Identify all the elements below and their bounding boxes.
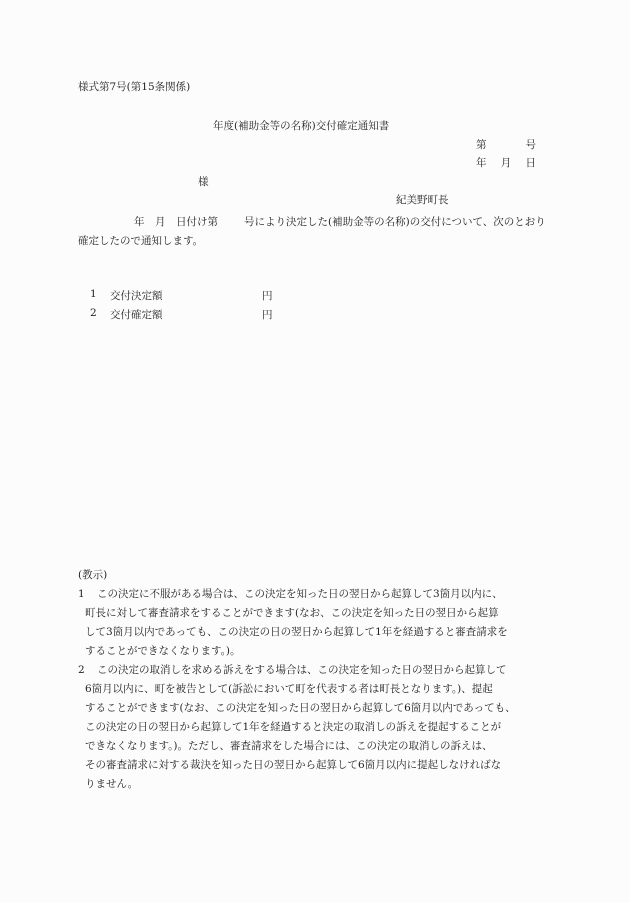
notice-line: その審査請求に対する裁決を知った日の翌日から起算して6箇月以内に提起しなければな [78, 756, 558, 775]
form-number: 様式第7号(第15条関係) [78, 82, 190, 93]
date-month: 月 [501, 158, 512, 169]
notice-line: することができなくなります。)。 [78, 642, 558, 661]
notice-line: この決定の日の翌日から起算して1年を経過すると決定の取消しの訴えを提起することが [78, 718, 558, 737]
item-number: 1 [90, 288, 110, 300]
issuer: 紀美野町長 [396, 195, 449, 206]
amount-item: 1 交付決定額 円 [90, 288, 273, 307]
item-unit: 円 [262, 307, 273, 322]
notice-number: 2 [78, 661, 97, 680]
notice-paragraph: 2この決定の取消しを求める訴えをする場合は、この決定を知った日の翌日から起算して… [78, 661, 558, 794]
notice-line: できなくなります。)。ただし、審査請求をした場合には、この決定の取消しの訴えは、 [78, 737, 558, 756]
addressee: 様 [198, 177, 209, 188]
date-year: 年 [476, 158, 487, 169]
reference-number: 第 号 [476, 140, 536, 151]
notice-paragraph: 1この決定に不服がある場合は、この決定を知った日の翌日から起算して3箇月以内に、… [78, 585, 558, 661]
notice-line: して3箇月以内であっても、この決定の日の翌日から起算して1年を経過すると審査請求… [78, 623, 558, 642]
notice-line: することができます(なお、この決定を知った日の翌日から起算して6箇月以内であって… [78, 699, 558, 718]
body-text: 年 月 日付け第号により決定した(補助金等の名称)の交付について、次のとおり確定… [78, 213, 556, 251]
amount-list: 1 交付決定額 円 2 交付確定額 円 [90, 288, 273, 326]
notice-line: 6箇月以内に、町を被告として(訴訟において町を代表する者は町長となります。)、提… [78, 680, 558, 699]
item-label: 交付決定額 [110, 288, 262, 303]
reference-number-suffix: 号 [526, 140, 537, 151]
notice-line: りません。 [78, 775, 558, 794]
body-date-part: 年 月 日付け第 [134, 216, 218, 228]
notice-text: この決定の取消しを求める訴えをする場合は、この決定を知った日の翌日から起算して [97, 664, 507, 676]
amount-item: 2 交付確定額 円 [90, 307, 273, 326]
item-number: 2 [90, 307, 110, 319]
notice-heading: (教示) [78, 566, 558, 585]
notice-number: 1 [78, 585, 97, 604]
notice-line: 町長に対して審査請求をすることができます(なお、この決定を知った日の翌日から起算 [78, 604, 558, 623]
item-label: 交付確定額 [110, 307, 262, 322]
date-day: 日 [526, 158, 537, 169]
notice-text: この決定に不服がある場合は、この決定を知った日の翌日から起算して3箇月以内に、 [97, 588, 503, 600]
notice-line: 2この決定の取消しを求める訴えをする場合は、この決定を知った日の翌日から起算して [78, 661, 558, 680]
item-unit: 円 [262, 288, 273, 303]
notice-line: 1この決定に不服がある場合は、この決定を知った日の翌日から起算して3箇月以内に、 [78, 585, 558, 604]
notice-section: (教示) 1この決定に不服がある場合は、この決定を知った日の翌日から起算して3箇… [78, 566, 558, 794]
reference-number-prefix: 第 [476, 140, 487, 151]
issue-date: 年 月 日 [476, 158, 536, 169]
document-title: 年度(補助金等の名称)交付確定通知書 [213, 121, 389, 132]
